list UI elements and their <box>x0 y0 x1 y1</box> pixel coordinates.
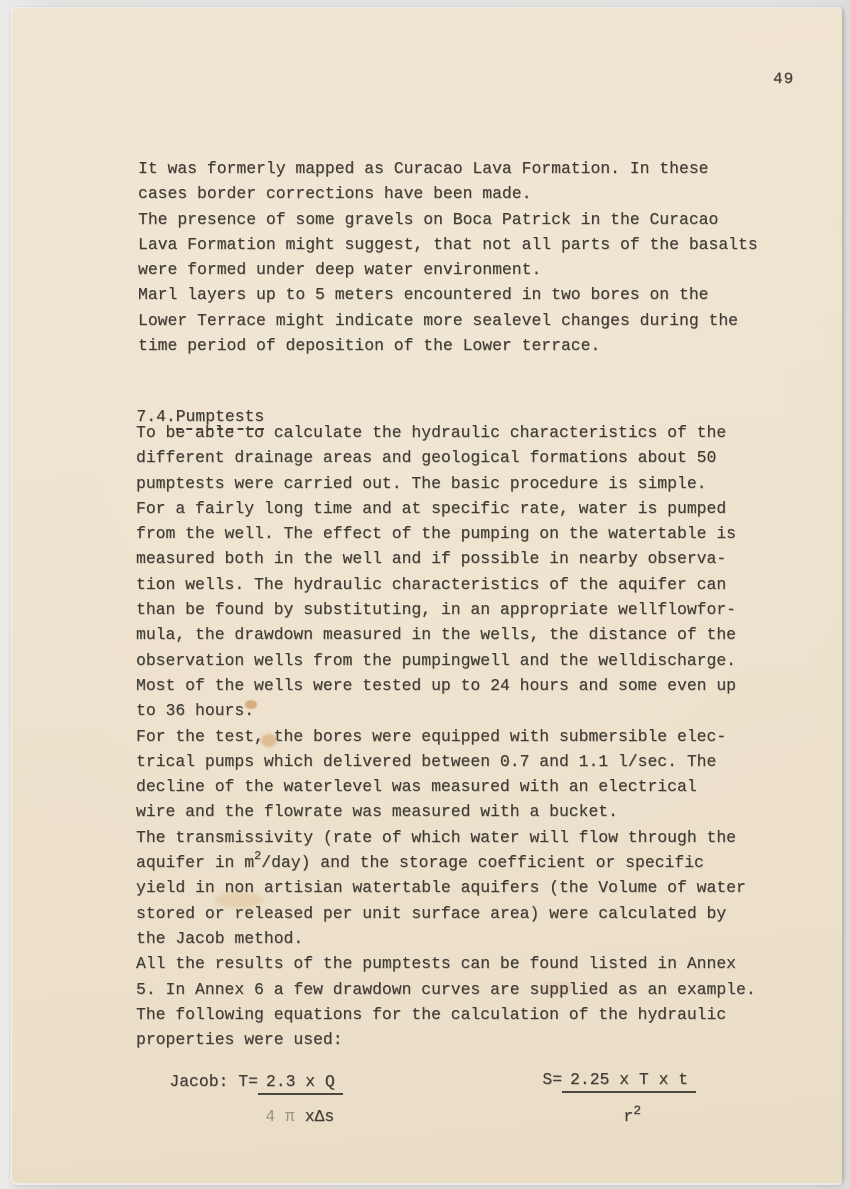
text-line: 5. In Annex 6 a few drawdown curves are … <box>136 977 756 1002</box>
text-line: to 36 hours. <box>136 698 756 723</box>
paragraph-1: It was formerly mapped as Curacao Lava F… <box>138 156 758 358</box>
equation-denominator: 4 π xΔs <box>226 1088 334 1145</box>
text-line: trical pumps which delivered between 0.7… <box>136 749 756 774</box>
text-line: from the well. The effect of the pumping… <box>136 521 756 546</box>
text-line: properties were used: <box>136 1027 756 1052</box>
text-line: wire and the flowrate was measured with … <box>136 799 756 824</box>
denominator-main-part: xΔs <box>305 1107 335 1126</box>
equation-lhs: S= <box>542 1070 562 1089</box>
scanned-document-screenshot: { "page_number": "49", "paragraph1": { "… <box>0 0 850 1189</box>
text-line: It was formerly mapped as Curacao Lava F… <box>138 156 758 181</box>
text-line: aquifer in m2/day) and the storage coeff… <box>136 850 756 875</box>
text-line: measured both in the well and if possibl… <box>136 546 756 571</box>
denominator-faint-part: 4 π <box>265 1107 304 1126</box>
text-line: were formed under deep water environment… <box>138 257 758 282</box>
text-line: The transmissivity (rate of which water … <box>136 825 756 850</box>
text-line: stored or released per unit surface area… <box>136 901 756 926</box>
text-line: Lava Formation might suggest, that not a… <box>138 232 758 257</box>
paragraph-2: To be able to calculate the hydraulic ch… <box>136 420 756 1052</box>
page-number: 49 <box>773 70 794 88</box>
text-line: than be found by substituting, in an app… <box>136 597 756 622</box>
document-page: 49 It was formerly mapped as Curacao Lav… <box>12 8 842 1183</box>
text-line: For a fairly long time and at specific r… <box>136 496 756 521</box>
text-line: The following equations for the calculat… <box>136 1002 756 1027</box>
text-line: pumptests were carried out. The basic pr… <box>136 471 756 496</box>
text-line: Marl layers up to 5 meters encountered i… <box>138 282 758 307</box>
text-line: For the test, the bores were equipped wi… <box>136 724 756 749</box>
equation-denominator: r2 <box>584 1088 641 1145</box>
text-line: cases border corrections have been made. <box>138 181 758 206</box>
text-line: observation wells from the pumpingwell a… <box>136 648 756 673</box>
text-line: Most of the wells were tested up to 24 h… <box>136 673 756 698</box>
denominator-exponent: 2 <box>633 1103 641 1118</box>
denominator-base: r <box>623 1107 633 1126</box>
text-line: The presence of some gravels on Boca Pat… <box>138 207 758 232</box>
text-line: All the results of the pumptests can be … <box>136 951 756 976</box>
text-line: mula, the drawdown measured in the wells… <box>136 622 756 647</box>
text-line: yield in non artisian watertable aquifer… <box>136 875 756 900</box>
text-line: time period of deposition of the Lower t… <box>138 333 758 358</box>
text-line: tion wells. The hydraulic characteristic… <box>136 572 756 597</box>
text-line: To be able to calculate the hydraulic ch… <box>136 420 756 445</box>
text-line: decline of the waterlevel was measured w… <box>136 774 756 799</box>
text-line: Lower Terrace might indicate more sealev… <box>138 308 758 333</box>
text-line: the Jacob method. <box>136 926 756 951</box>
text-line: different drainage areas and geological … <box>136 445 756 470</box>
